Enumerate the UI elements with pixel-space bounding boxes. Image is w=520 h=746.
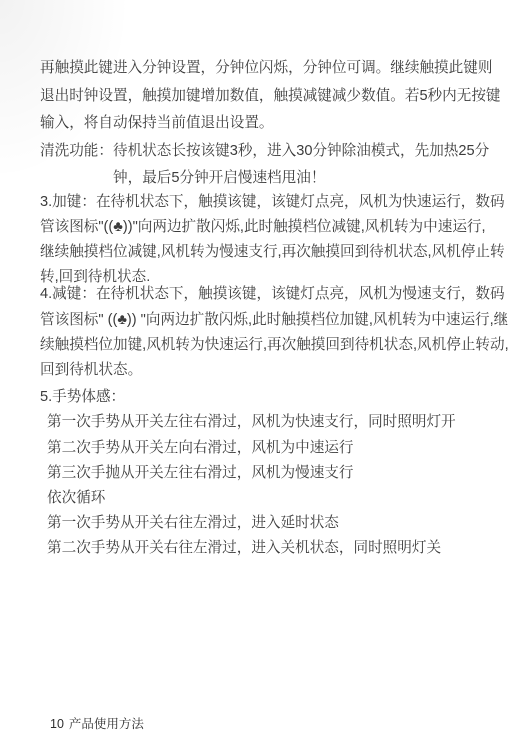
text-line: 管该图标"((♣))"向两边扩散闪烁,此时触摸档位减键,风机转为中速运行, [40,215,502,240]
page-footer: 10 产品使用方法 [50,716,144,732]
text-line: 第一次手势从开关左往右滑过，风机为快速支行，同时照明灯开 [40,410,502,435]
text-line: 再触摸此键进入分钟设置，分钟位闪烁，分钟位可调。继续触摸此键则 [40,55,502,83]
text-line: 清洗功能：待机状态长按该键3秒，进入30分钟除油模式，先加热25分 [40,138,502,166]
manual-text-block: 再触摸此键进入分钟设置，分钟位闪烁，分钟位可调。继续触摸此键则 退出时钟设置，触… [40,55,502,562]
section-gesture-heading: 5.手势体感： [40,385,502,410]
section-minus-key-line: 4.减键：在待机状态下，触摸该键，该键灯点亮，风机为慢速支行，数码 [40,282,502,307]
text-line: 第二次手势从开关左向右滑过，风机为中速运行 [40,436,502,461]
text-line: 第三次手抛从开关左往右滑过，风机为慢速支行 [40,461,502,486]
footer-page-number: 10 [50,716,64,732]
text-line: 第一次手势从开关右往左滑过，进入延时状态 [40,511,502,536]
section-add-key-line: 3.加键：在待机状态下，触摸该键，该键灯点亮，风机为快速运行，数码 [40,190,502,215]
footer-section-title: 产品使用方法 [69,716,144,732]
text-line: 依次循环 [40,486,502,511]
text-line: 退出时钟设置，触摸加键增加数值，触摸减键减少数值。若5秒内无按键 [40,83,502,111]
text-line: 输入，将自动保持当前值退出设置。 [40,110,502,138]
document-page: 再触摸此键进入分钟设置，分钟位闪烁，分钟位可调。继续触摸此键则 退出时钟设置，触… [0,0,520,746]
text-line: 回到待机状态。 [40,358,502,383]
text-line: 续触摸档位加键,风机转为快速运行,再次触摸回到待机状态,风机停止转动, [40,333,502,358]
text-line: 继续触摸档位减键,风机转为慢速支行,再次触摸回到待机状态,风机停止转 [40,240,502,265]
text-line: 钟，最后5分钟开启慢速档甩油！ [40,165,502,193]
text-line: 管该图标" ((♣)) "向两边扩散闪烁,此时触摸档位加键,风机转为中速运行,继 [40,308,502,333]
text-line: 第二次手势从开关右往左滑过，进入关机状态，同时照明灯关 [40,536,502,561]
